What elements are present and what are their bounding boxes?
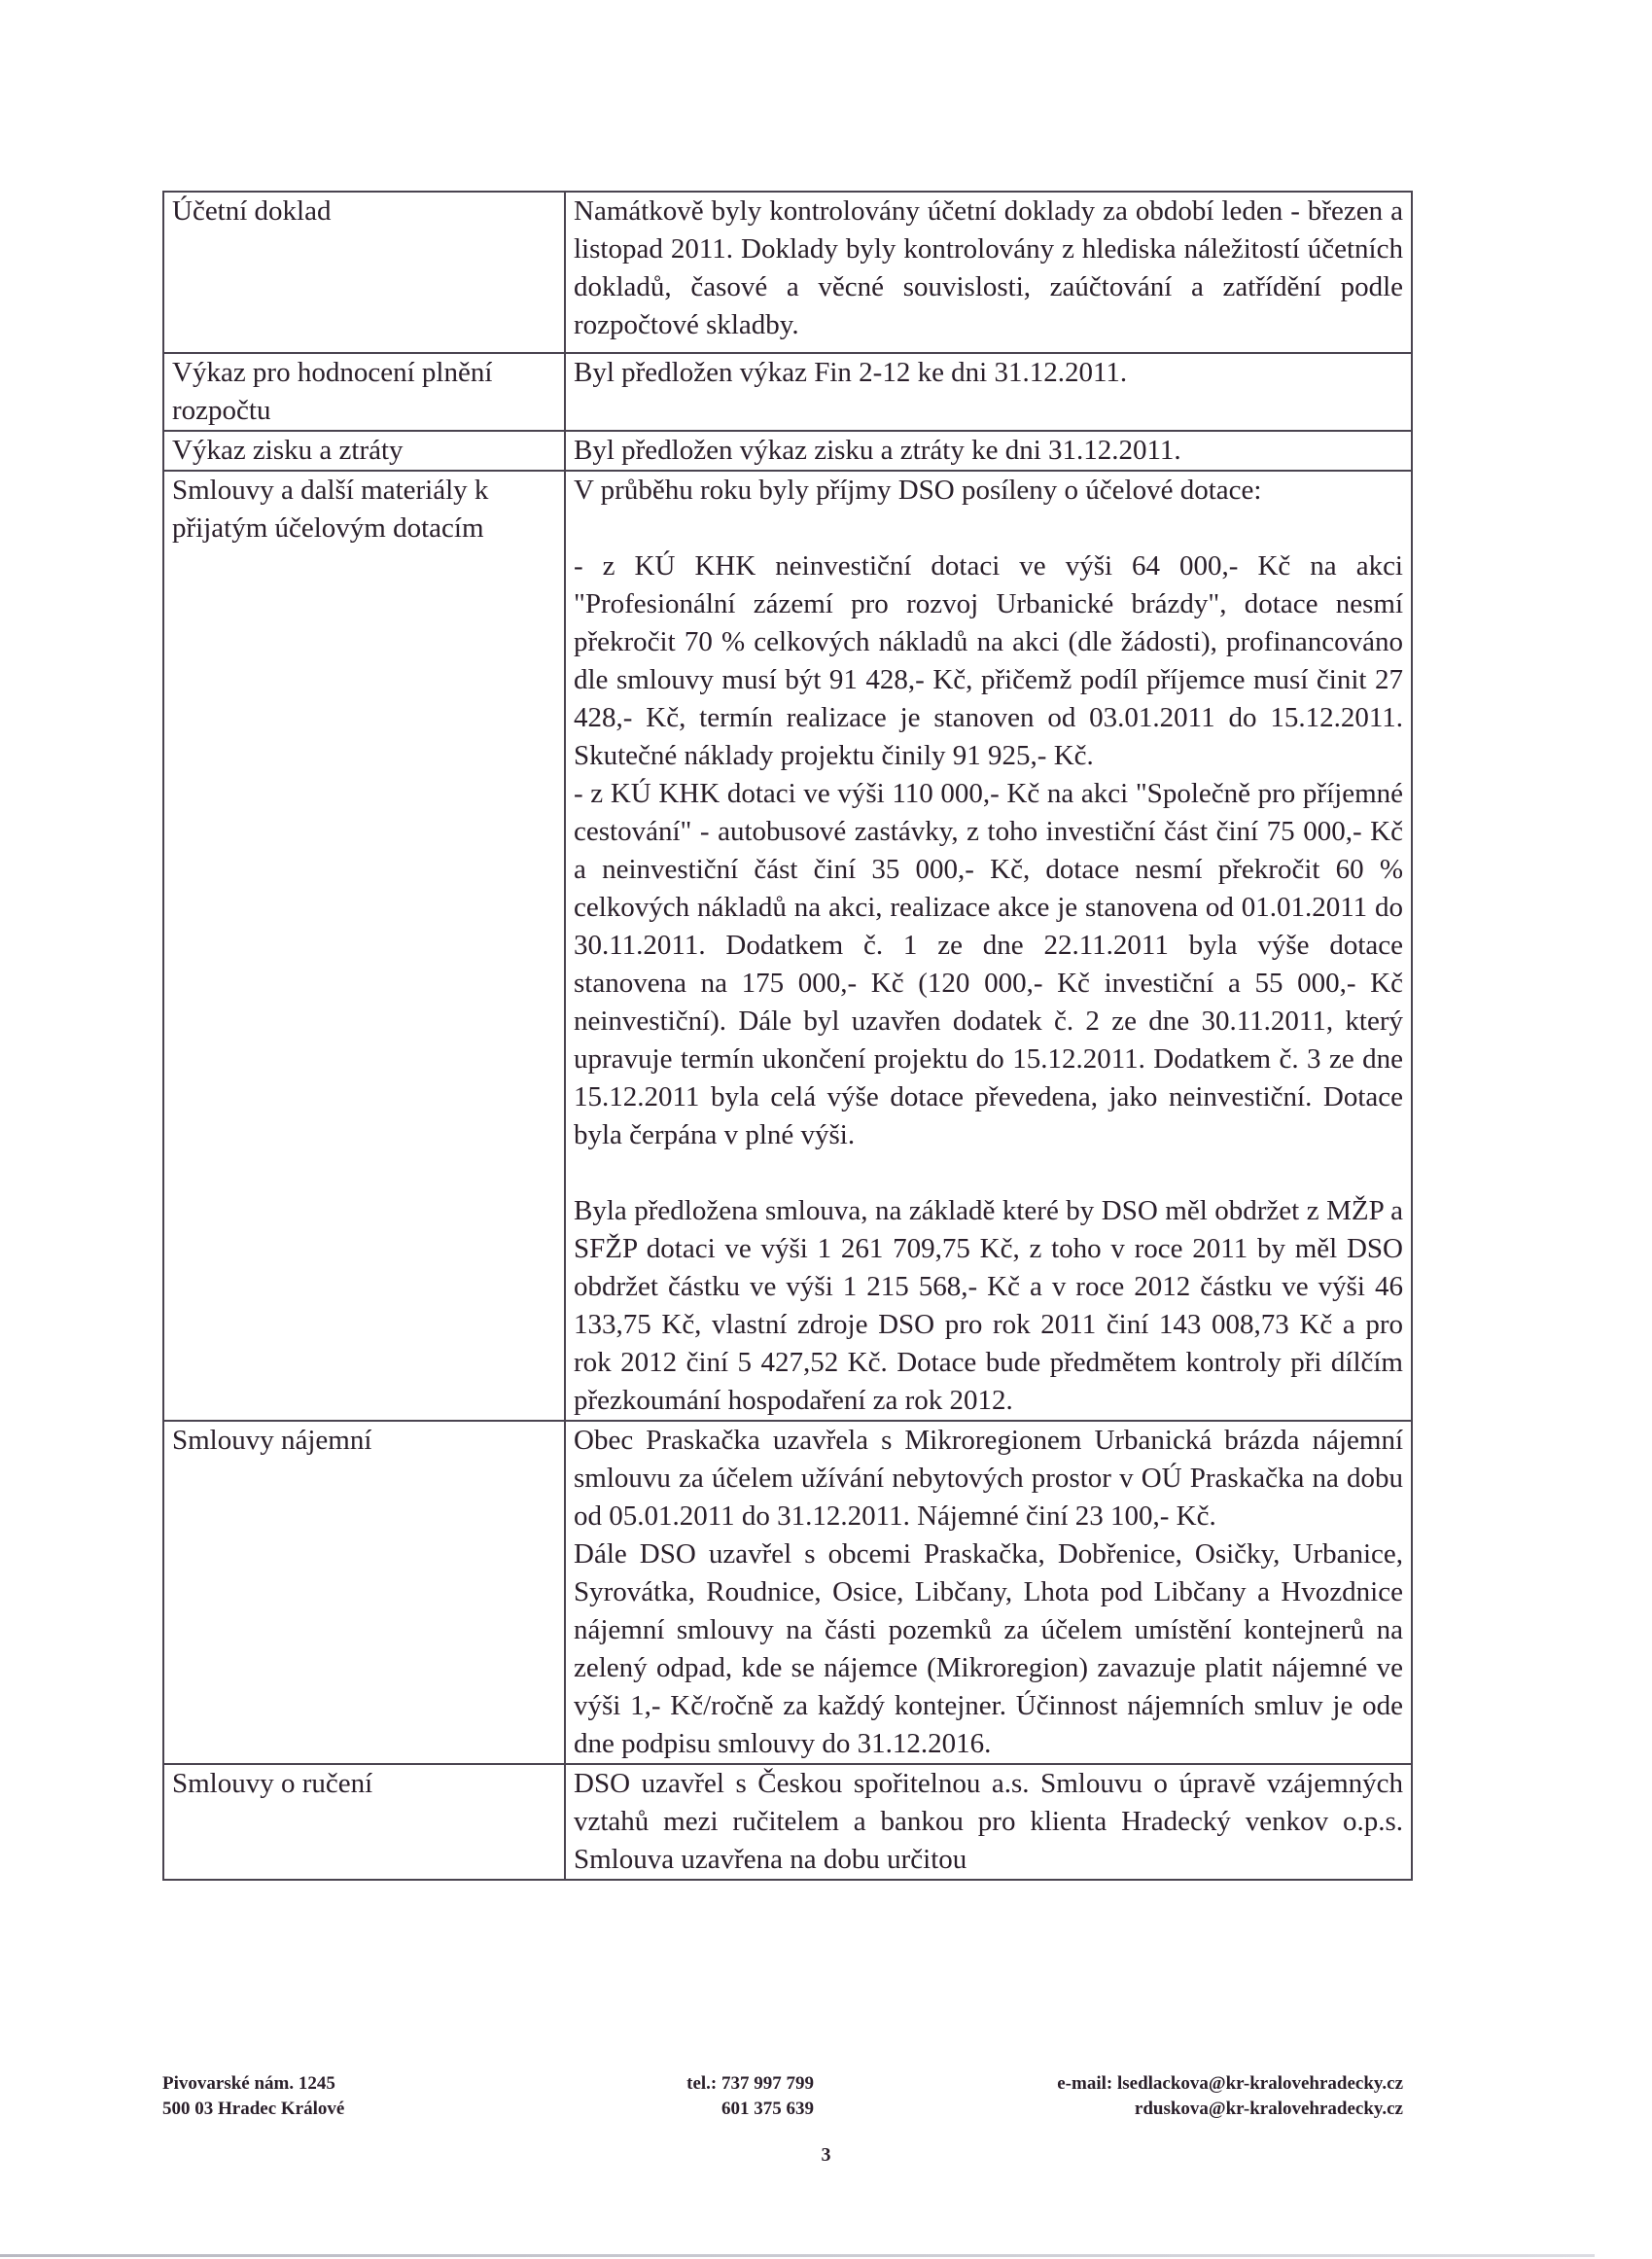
row-label: Účetní doklad [163, 192, 565, 353]
table-row: Výkaz zisku a ztráty Byl předložen výkaz… [163, 431, 1412, 471]
row-content: V průběhu roku byly příjmy DSO posíleny … [565, 471, 1412, 1421]
row-content: Byl předložen výkaz zisku a ztráty ke dn… [565, 431, 1412, 471]
review-table: Účetní doklad Namátkově byly kontrolován… [162, 191, 1413, 1881]
row-content: DSO uzavřel s Českou spořitelnou a.s. Sm… [565, 1764, 1412, 1880]
footer-email-line: e-mail: lsedlackova@kr-kralovehradecky.c… [1057, 2071, 1403, 2097]
paragraph: Byl předložen výkaz Fin 2-12 ke dni 31.1… [574, 354, 1403, 392]
paragraph: Byla předložena smlouva, na základě kter… [574, 1192, 1403, 1420]
footer-address-line: 500 03 Hradec Králové [162, 2097, 344, 2122]
row-label: Smlouvy o ručení [163, 1764, 565, 1880]
footer-email: e-mail: lsedlackova@kr-kralovehradecky.c… [1057, 2071, 1403, 2122]
table-row: Smlouvy nájemní Obec Praskačka uzavřela … [163, 1421, 1412, 1764]
page-number: 3 [0, 2144, 1652, 2167]
footer-phone-line: 601 375 639 [512, 2097, 814, 2122]
table-row: Smlouvy o ručení DSO uzavřel s Českou sp… [163, 1764, 1412, 1880]
row-label: Smlouvy a další materiály k přijatým úče… [163, 471, 565, 1421]
paragraph: Namátkově byly kontrolovány účetní dokla… [574, 193, 1403, 344]
footer-phone: tel.: 737 997 799 601 375 639 [512, 2071, 814, 2122]
footer-email-line: rduskova@kr-kralovehradecky.cz [1057, 2097, 1403, 2122]
row-content: Obec Praskačka uzavřela s Mikroregionem … [565, 1421, 1412, 1764]
row-label: Výkaz pro hodnocení plnění rozpočtu [163, 353, 565, 431]
scan-edge [0, 2254, 1595, 2257]
table-row: Účetní doklad Namátkově byly kontrolován… [163, 192, 1412, 353]
row-label: Smlouvy nájemní [163, 1421, 565, 1764]
row-label: Výkaz zisku a ztráty [163, 431, 565, 471]
paragraph: Byl předložen výkaz zisku a ztráty ke dn… [574, 432, 1403, 470]
paragraph: - z KÚ KHK neinvestiční dotaci ve výši 6… [574, 547, 1403, 775]
paragraph: DSO uzavřel s Českou spořitelnou a.s. Sm… [574, 1765, 1403, 1879]
table-row: Výkaz pro hodnocení plnění rozpočtu Byl … [163, 353, 1412, 431]
paragraph: Obec Praskačka uzavřela s Mikroregionem … [574, 1422, 1403, 1535]
footer-address: Pivovarské nám. 1245 500 03 Hradec Králo… [162, 2071, 344, 2122]
footer-phone-line: tel.: 737 997 799 [512, 2071, 814, 2097]
paragraph: Dále DSO uzavřel s obcemi Praskačka, Dob… [574, 1535, 1403, 1763]
table-row: Smlouvy a další materiály k přijatým úče… [163, 471, 1412, 1421]
row-content: Byl předložen výkaz Fin 2-12 ke dni 31.1… [565, 353, 1412, 431]
paragraph: - z KÚ KHK dotaci ve výši 110 000,- Kč n… [574, 775, 1403, 1154]
paragraph: V průběhu roku byly příjmy DSO posíleny … [574, 472, 1403, 510]
row-content: Namátkově byly kontrolovány účetní dokla… [565, 192, 1412, 353]
footer-address-line: Pivovarské nám. 1245 [162, 2071, 344, 2097]
